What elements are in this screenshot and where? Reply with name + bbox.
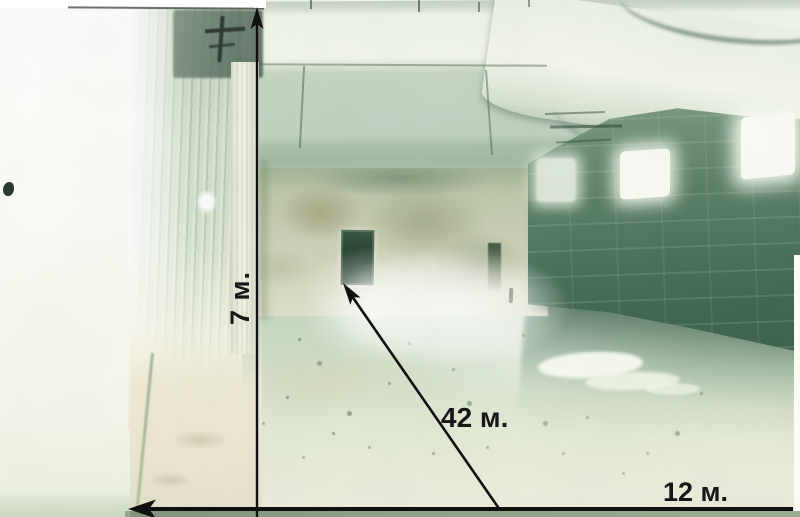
photo-ceiling-crack bbox=[528, 0, 530, 7]
photo-window bbox=[620, 148, 670, 199]
photo-ceiling-crack bbox=[310, 0, 312, 9]
cross-graffiti-stroke bbox=[217, 16, 224, 62]
cross-graffiti-mark bbox=[205, 14, 253, 66]
diagonal-dimension-label: 42 м. bbox=[441, 402, 508, 434]
photo-bottom-left-tint bbox=[0, 490, 130, 517]
photo-window bbox=[536, 158, 576, 202]
photo-pillar-shadow bbox=[261, 160, 272, 320]
photo-door-bloom bbox=[296, 246, 446, 366]
annotated-photo: 7 м. 42 м. 12 м. bbox=[0, 0, 800, 517]
photo-wall-hole bbox=[196, 190, 217, 214]
photo-light-patch bbox=[645, 383, 700, 395]
width-dimension-label: 12 м. bbox=[663, 477, 728, 508]
height-dimension-label: 7 м. bbox=[225, 255, 255, 341]
photo-bottom-edge bbox=[125, 511, 800, 517]
cross-graffiti-stroke bbox=[209, 43, 235, 49]
photo-window bbox=[741, 112, 795, 180]
photo-right-margin bbox=[794, 255, 800, 517]
photo-ceiling-crack bbox=[478, 2, 480, 12]
cross-graffiti-stroke bbox=[205, 27, 245, 33]
photo-ceiling-crack bbox=[418, 0, 420, 12]
